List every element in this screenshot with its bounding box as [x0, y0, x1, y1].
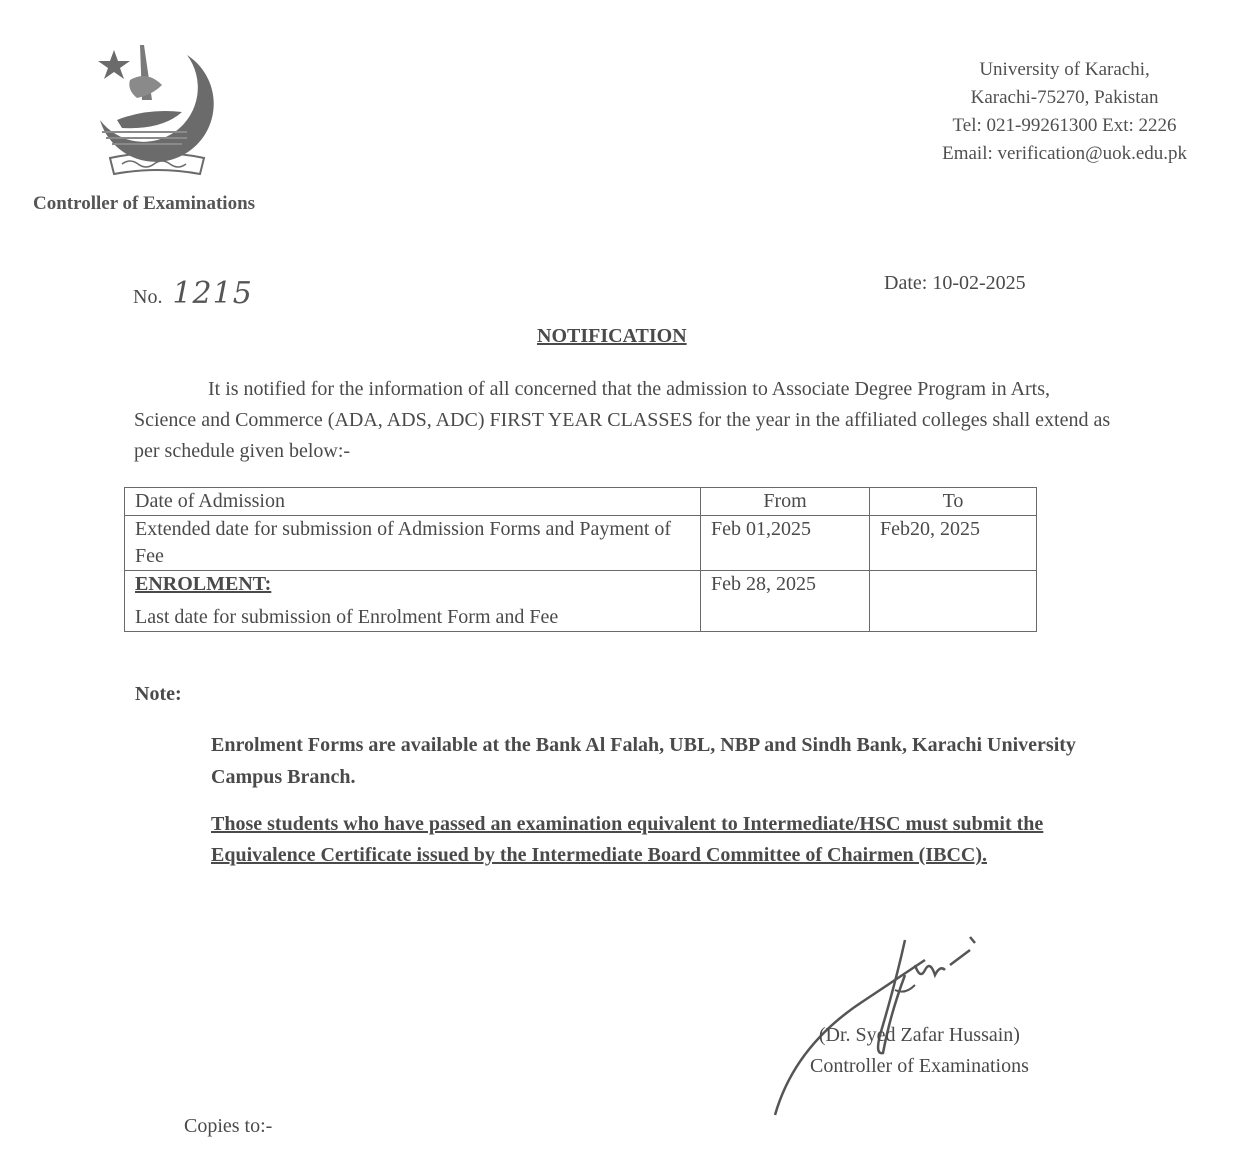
row-description: Extended date for submission of Admissio… [125, 516, 701, 571]
notification-date: Date: 10-02-2025 [884, 272, 1026, 295]
table-row: ENROLMENT: Last date for submission of E… [125, 571, 1037, 632]
note-item: Enrolment Forms are available at the Ban… [211, 729, 1111, 793]
row-to: Feb20, 2025 [870, 516, 1037, 571]
email-line: Email: verification@uok.edu.pk [942, 140, 1187, 168]
reference-label: No. [133, 286, 162, 308]
table-header-row: Date of Admission From To [125, 488, 1037, 516]
header-date-of-admission: Date of Admission [125, 488, 701, 516]
phone-line: Tel: 021-99261300 Ext: 2226 [942, 112, 1187, 140]
address-line: Karachi-75270, Pakistan [942, 84, 1187, 112]
university-address: University of Karachi, Karachi-75270, Pa… [942, 56, 1187, 168]
row-description: ENROLMENT: Last date for submission of E… [125, 571, 701, 632]
header-from: From [701, 488, 870, 516]
row-from: Feb 01,2025 [701, 516, 870, 571]
office-label: Controller of Examinations [33, 193, 255, 215]
table-row: Extended date for submission of Admissio… [125, 516, 1037, 571]
copies-to-label: Copies to:- [184, 1115, 272, 1138]
header-to: To [870, 488, 1037, 516]
address-line: University of Karachi, [942, 56, 1187, 84]
signatory-designation: Controller of Examinations [810, 1051, 1029, 1082]
row-from: Feb 28, 2025 [701, 571, 870, 632]
body-text: It is notified for the information of al… [134, 378, 1110, 462]
date-value: 10-02-2025 [932, 272, 1025, 294]
reference-number: No.1215 [133, 276, 253, 311]
university-crest-icon [92, 40, 222, 180]
reference-value: 1215 [172, 276, 252, 311]
row-to [870, 571, 1037, 632]
document-title: NOTIFICATION [537, 325, 687, 348]
date-label: Date: [884, 272, 927, 294]
row-description-text: Last date for submission of Enrolment Fo… [135, 598, 690, 631]
body-paragraph: It is notified for the information of al… [134, 374, 1114, 467]
row-heading: ENROLMENT: [135, 571, 690, 598]
signatory-block: (Dr. Syed Zafar Hussain) Controller of E… [810, 1020, 1029, 1082]
schedule-table: Date of Admission From To Extended date … [124, 487, 1037, 632]
signatory-name: (Dr. Syed Zafar Hussain) [810, 1020, 1029, 1051]
note-item: Those students who have passed an examin… [211, 809, 1091, 871]
note-label: Note: [135, 683, 182, 706]
